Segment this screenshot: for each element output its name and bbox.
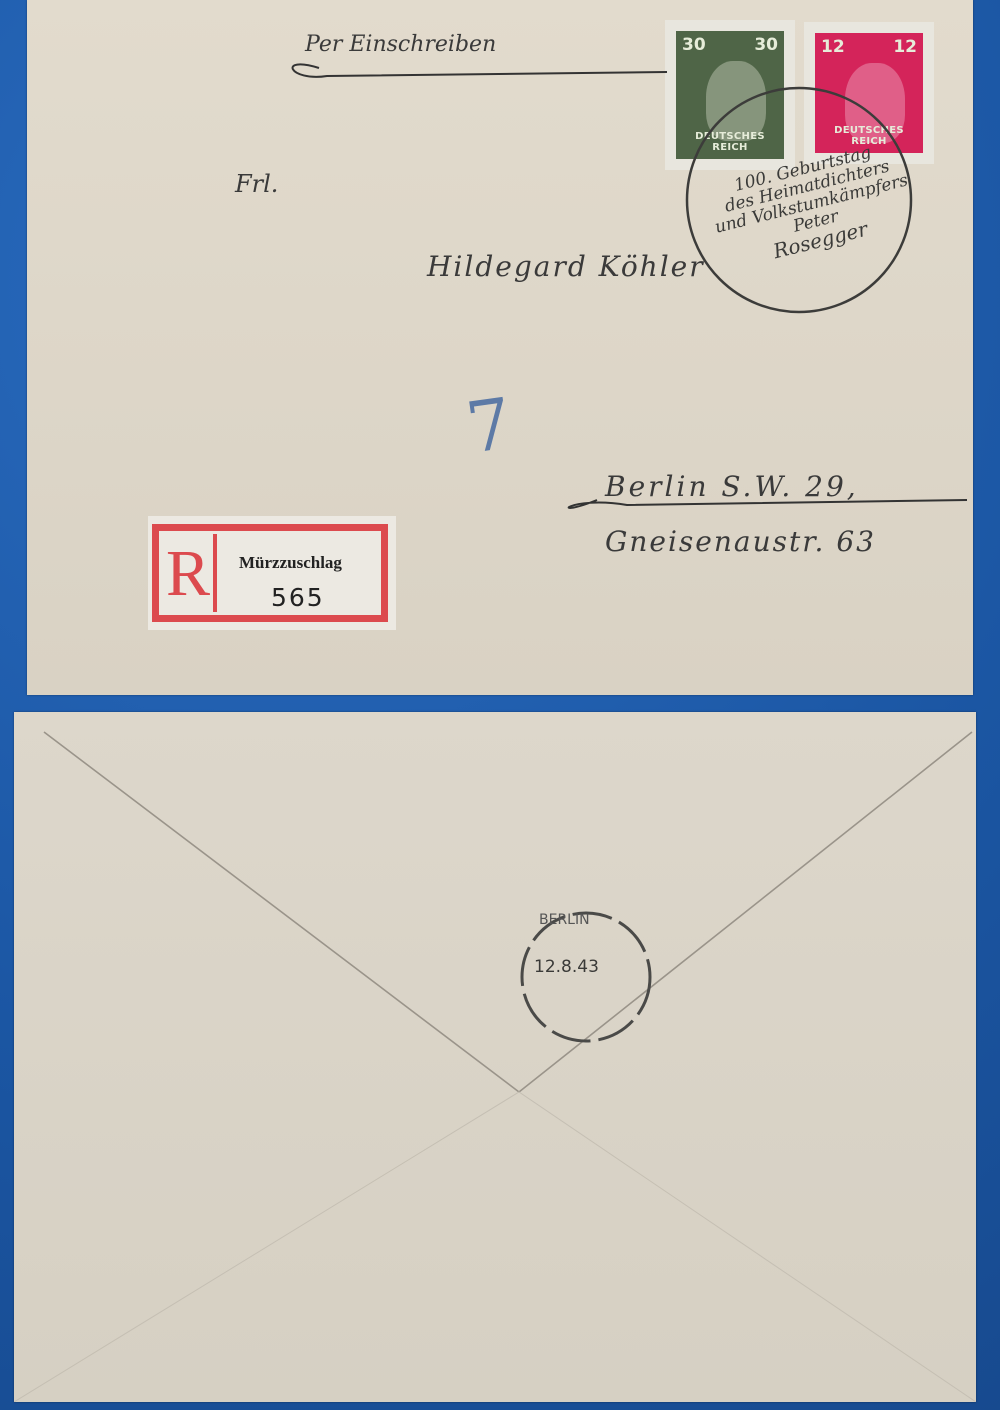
arrival-postmark-ring xyxy=(522,913,650,1041)
registration-number: 565 xyxy=(271,583,325,612)
envelope-back: BERLIN 12.8.43 xyxy=(14,712,976,1402)
arrival-town: BERLIN xyxy=(539,912,590,928)
flap-lines xyxy=(14,712,976,1402)
post-office-name: Mürzzuschlag xyxy=(239,553,342,573)
registered-letter: R xyxy=(163,534,217,612)
envelope-front: Per Einschreiben Frl. Hildegard Köhler B… xyxy=(27,0,973,695)
arrival-date: 12.8.43 xyxy=(534,957,599,977)
registration-label: R Mürzzuschlag 565 xyxy=(148,516,396,630)
